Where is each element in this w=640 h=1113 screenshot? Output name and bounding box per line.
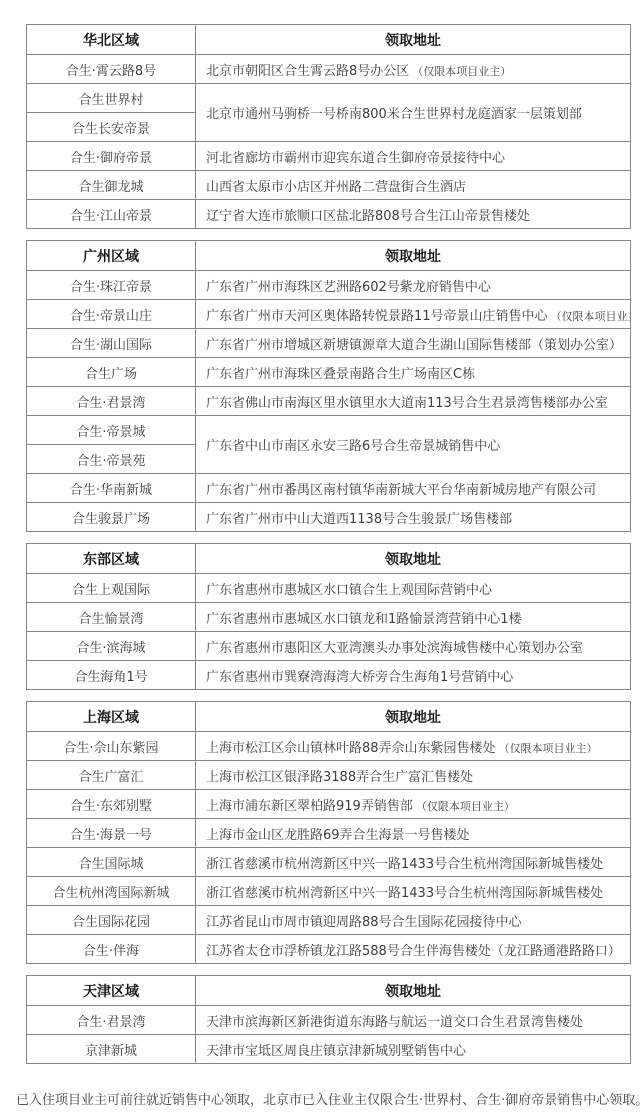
address-text: 天津市宝坻区周良庄镇京津新城别墅销售中心: [206, 1044, 466, 1059]
address-cell: 北京市通州马驹桥一号桥南800米合生世界村龙庭酒家一层策划部: [196, 84, 631, 142]
table-row: 合生国际花园江苏省昆山市周市镇迎周路88号合生国际花园接待中心: [27, 906, 631, 935]
address-cell: 上海市浦东新区翠柏路919弄销售部（仅限本项目业主）: [196, 790, 631, 819]
region-tables: 华北区域领取地址合生·霄云路8号北京市朝阳区合生霄云路8号办公区（仅限本项目业主…: [26, 24, 640, 1064]
address-text: 天津市滨海新区新港街道东海路与航运一道交口合生君景湾售楼处: [206, 1015, 583, 1030]
address-text: 广东省广州市海珠区叠景南路合生广场南区C栋: [206, 367, 475, 382]
table-row: 合生骏景广场广东省广州市中山大道西1138号合生骏景广场售楼部: [27, 503, 631, 532]
project-name-cell: 合生·东郊别墅: [27, 790, 196, 819]
address-header-cell: 领取地址: [196, 976, 631, 1006]
header-row: 天津区域领取地址: [27, 976, 631, 1006]
project-name-cell: 合生·帝景苑: [27, 445, 196, 474]
region-header-cell: 华北区域: [27, 25, 196, 55]
address-text: 北京市朝阳区合生霄云路8号办公区: [206, 64, 409, 79]
table-row: 合生·伴海江苏省太仓市浮桥镇龙江路588号合生伴海售楼处（龙江路通港路路口）: [27, 935, 631, 964]
table-row: 合生御龙城山西省太原市小店区并州路二营盘街合生酒店: [27, 171, 631, 200]
address-note: （仅限本项目业主）: [412, 65, 511, 78]
table-row: 合生·湖山国际广东省广州市增城区新塘镇源章大道合生湖山国际售楼部（策划办公室）: [27, 329, 631, 358]
address-cell: 天津市宝坻区周良庄镇京津新城别墅销售中心: [196, 1035, 631, 1064]
region-header-cell: 天津区域: [27, 976, 196, 1006]
address-cell: 广东省广州市中山大道西1138号合生骏景广场售楼部: [196, 503, 631, 532]
address-cell: 广东省广州市海珠区艺洲路602号紫龙府销售中心: [196, 271, 631, 300]
address-text: 广东省广州市中山大道西1138号合生骏景广场售楼部: [206, 512, 512, 527]
table-row: 合生·佘山东紫园上海市松江区佘山镇林叶路88弄佘山东紫园售楼处（仅限本项目业主）: [27, 732, 631, 761]
project-name-cell: 合生广场: [27, 358, 196, 387]
project-name-cell: 合生国际城: [27, 848, 196, 877]
address-cell: 广东省惠州市巽寮湾海湾大桥旁合生海角1号营销中心: [196, 661, 631, 690]
address-header-cell: 领取地址: [196, 702, 631, 732]
table-row: 合生杭州湾国际新城浙江省慈溪市杭州湾新区中兴一路1433号合生杭州湾国际新城售楼…: [27, 877, 631, 906]
address-note: （仅限本项目业主）: [499, 742, 598, 755]
address-cell: 广东省广州市天河区奥体路转悦景路11号帝景山庄销售中心（仅限本项目业主）: [196, 300, 631, 329]
table-row: 合生国际城浙江省慈溪市杭州湾新区中兴一路1433号合生杭州湾国际新城售楼处: [27, 848, 631, 877]
address-header-cell: 领取地址: [196, 25, 631, 55]
address-text: 广东省惠州市惠城区水口镇合生上观国际营销中心: [206, 583, 492, 598]
table-row: 合生·华南新城广东省广州市番禺区南村镇华南新城大平台华南新城房地产有限公司: [27, 474, 631, 503]
project-name-cell: 合生海角1号: [27, 661, 196, 690]
address-cell: 广东省惠州市惠阳区大亚湾澳头办事处滨海城售楼中心策划办公室: [196, 632, 631, 661]
address-text: 河北省廊坊市霸州市迎宾东道合生御府帝景接待中心: [206, 151, 505, 166]
table-row: 合生·帝景城广东省中山市南区永安三路6号合生帝景城销售中心: [27, 416, 631, 445]
table-row: 合生·霄云路8号北京市朝阳区合生霄云路8号办公区（仅限本项目业主）: [27, 55, 631, 84]
project-name-cell: 合生·君景湾: [27, 1006, 196, 1035]
region-table: 天津区域领取地址合生·君景湾天津市滨海新区新港街道东海路与航运一道交口合生君景湾…: [26, 975, 631, 1064]
address-cell: 山西省太原市小店区并州路二营盘街合生酒店: [196, 171, 631, 200]
address-note: （仅限本项目业主）: [416, 800, 515, 813]
address-text: 广东省广州市海珠区艺洲路602号紫龙府销售中心: [206, 280, 491, 295]
address-cell: 上海市松江区银泽路3188弄合生广富汇售楼处: [196, 761, 631, 790]
project-name-cell: 合生愉景湾: [27, 603, 196, 632]
address-cell: 江苏省昆山市周市镇迎周路88号合生国际花园接待中心: [196, 906, 631, 935]
table-row: 合生世界村北京市通州马驹桥一号桥南800米合生世界村龙庭酒家一层策划部: [27, 84, 631, 113]
address-header-cell: 领取地址: [196, 544, 631, 574]
address-text: 广东省广州市番禺区南村镇华南新城大平台华南新城房地产有限公司: [206, 483, 596, 498]
table-row: 合生上观国际广东省惠州市惠城区水口镇合生上观国际营销中心: [27, 574, 631, 603]
project-name-cell: 合生御龙城: [27, 171, 196, 200]
table-row: 京津新城天津市宝坻区周良庄镇京津新城别墅销售中心: [27, 1035, 631, 1064]
table-row: 合生·东郊别墅上海市浦东新区翠柏路919弄销售部（仅限本项目业主）: [27, 790, 631, 819]
table-row: 合生·滨海城广东省惠州市惠阳区大亚湾澳头办事处滨海城售楼中心策划办公室: [27, 632, 631, 661]
table-row: 合生广富汇上海市松江区银泽路3188弄合生广富汇售楼处: [27, 761, 631, 790]
table-row: 合生·珠江帝景广东省广州市海珠区艺洲路602号紫龙府销售中心: [27, 271, 631, 300]
project-name-cell: 合生长安帝景: [27, 113, 196, 142]
project-name-cell: 合生·滨海城: [27, 632, 196, 661]
region-table: 东部区域领取地址合生上观国际广东省惠州市惠城区水口镇合生上观国际营销中心合生愉景…: [26, 543, 631, 690]
project-name-cell: 合生·霄云路8号: [27, 55, 196, 84]
address-text: 上海市浦东新区翠柏路919弄销售部: [206, 799, 413, 814]
address-cell: 浙江省慈溪市杭州湾新区中兴一路1433号合生杭州湾国际新城售楼处: [196, 877, 631, 906]
project-name-cell: 合生上观国际: [27, 574, 196, 603]
address-cell: 广东省广州市番禺区南村镇华南新城大平台华南新城房地产有限公司: [196, 474, 631, 503]
table-row: 合生·帝景山庄广东省广州市天河区奥体路转悦景路11号帝景山庄销售中心（仅限本项目…: [27, 300, 631, 329]
region-table: 华北区域领取地址合生·霄云路8号北京市朝阳区合生霄云路8号办公区（仅限本项目业主…: [26, 24, 631, 229]
header-row: 上海区域领取地址: [27, 702, 631, 732]
address-cell: 上海市金山区龙胜路69弄合生海景一号售楼处: [196, 819, 631, 848]
project-name-cell: 合生·湖山国际: [27, 329, 196, 358]
address-cell: 天津市滨海新区新港街道东海路与航运一道交口合生君景湾售楼处: [196, 1006, 631, 1035]
project-name-cell: 合生骏景广场: [27, 503, 196, 532]
address-text: 山西省太原市小店区并州路二营盘街合生酒店: [206, 180, 466, 195]
address-text: 江苏省昆山市周市镇迎周路88号合生国际花园接待中心: [206, 915, 522, 930]
project-name-cell: 合生广富汇: [27, 761, 196, 790]
project-name-cell: 合生世界村: [27, 84, 196, 113]
address-text: 广东省中山市南区永安三路6号合生帝景城销售中心: [206, 439, 500, 454]
address-cell: 广东省中山市南区永安三路6号合生帝景城销售中心: [196, 416, 631, 474]
address-cell: 河北省廊坊市霸州市迎宾东道合生御府帝景接待中心: [196, 142, 631, 171]
region-table: 上海区域领取地址合生·佘山东紫园上海市松江区佘山镇林叶路88弄佘山东紫园售楼处（…: [26, 701, 631, 964]
address-text: 上海市松江区佘山镇林叶路88弄佘山东紫园售楼处: [206, 741, 496, 756]
region-header-cell: 广州区域: [27, 241, 196, 271]
table-row: 合生·君景湾广东省佛山市南海区里水镇里水大道南113号合生君景湾售楼部办公室: [27, 387, 631, 416]
table-row: 合生·君景湾天津市滨海新区新港街道东海路与航运一道交口合生君景湾售楼处: [27, 1006, 631, 1035]
address-cell: 上海市松江区佘山镇林叶路88弄佘山东紫园售楼处（仅限本项目业主）: [196, 732, 631, 761]
region-table: 广州区域领取地址合生·珠江帝景广东省广州市海珠区艺洲路602号紫龙府销售中心合生…: [26, 240, 631, 532]
project-name-cell: 合生·佘山东紫园: [27, 732, 196, 761]
header-row: 华北区域领取地址: [27, 25, 631, 55]
address-cell: 江苏省太仓市浮桥镇龙江路588号合生伴海售楼处（龙江路通港路路口）: [196, 935, 631, 964]
address-cell: 辽宁省大连市旅顺口区盐北路808号合生江山帝景售楼处: [196, 200, 631, 229]
address-text: 广东省惠州市惠阳区大亚湾澳头办事处滨海城售楼中心策划办公室: [206, 641, 583, 656]
table-row: 合生海角1号广东省惠州市巽寮湾海湾大桥旁合生海角1号营销中心: [27, 661, 631, 690]
region-header-cell: 上海区域: [27, 702, 196, 732]
project-name-cell: 合生·帝景山庄: [27, 300, 196, 329]
region-header-cell: 东部区域: [27, 544, 196, 574]
table-row: 合生·海景一号上海市金山区龙胜路69弄合生海景一号售楼处: [27, 819, 631, 848]
address-text: 浙江省慈溪市杭州湾新区中兴一路1433号合生杭州湾国际新城售楼处: [206, 886, 603, 901]
address-text: 上海市松江区银泽路3188弄合生广富汇售楼处: [206, 770, 473, 785]
table-row: 合生广场广东省广州市海珠区叠景南路合生广场南区C栋: [27, 358, 631, 387]
address-text: 江苏省太仓市浮桥镇龙江路588号合生伴海售楼处（龙江路通港路路口）: [206, 944, 621, 959]
project-name-cell: 合生·江山帝景: [27, 200, 196, 229]
project-name-cell: 合生杭州湾国际新城: [27, 877, 196, 906]
table-row: 合生愉景湾广东省惠州市惠城区水口镇龙和1路愉景湾营销中心1楼: [27, 603, 631, 632]
header-row: 广州区域领取地址: [27, 241, 631, 271]
project-name-cell: 合生国际花园: [27, 906, 196, 935]
project-name-cell: 合生·帝景城: [27, 416, 196, 445]
address-cell: 广东省广州市海珠区叠景南路合生广场南区C栋: [196, 358, 631, 387]
address-header-cell: 领取地址: [196, 241, 631, 271]
address-cell: 广东省广州市增城区新塘镇源章大道合生湖山国际售楼部（策划办公室）: [196, 329, 631, 358]
address-note: （仅限本项目业主）: [551, 310, 631, 323]
address-cell: 广东省惠州市惠城区水口镇龙和1路愉景湾营销中心1楼: [196, 603, 631, 632]
footer-note: 已入住项目业主可前往就近销售中心领取，北京市已入住业主仅限合生·世界村、合生·御…: [8, 1075, 640, 1108]
address-text: 广东省广州市天河区奥体路转悦景路11号帝景山庄销售中心: [206, 309, 548, 324]
header-row: 东部区域领取地址: [27, 544, 631, 574]
project-name-cell: 合生·海景一号: [27, 819, 196, 848]
address-text: 广东省广州市增城区新塘镇源章大道合生湖山国际售楼部（策划办公室）: [206, 338, 622, 353]
project-name-cell: 合生·御府帝景: [27, 142, 196, 171]
project-name-cell: 合生·华南新城: [27, 474, 196, 503]
address-cell: 广东省佛山市南海区里水镇里水大道南113号合生君景湾售楼部办公室: [196, 387, 631, 416]
table-row: 合生·江山帝景辽宁省大连市旅顺口区盐北路808号合生江山帝景售楼处: [27, 200, 631, 229]
address-text: 上海市金山区龙胜路69弄合生海景一号售楼处: [206, 828, 470, 843]
project-name-cell: 合生·君景湾: [27, 387, 196, 416]
project-name-cell: 合生·伴海: [27, 935, 196, 964]
address-cell: 北京市朝阳区合生霄云路8号办公区（仅限本项目业主）: [196, 55, 631, 84]
address-text: 浙江省慈溪市杭州湾新区中兴一路1433号合生杭州湾国际新城售楼处: [206, 857, 603, 872]
project-name-cell: 合生·珠江帝景: [27, 271, 196, 300]
address-text: 辽宁省大连市旅顺口区盐北路808号合生江山帝景售楼处: [206, 209, 530, 224]
address-cell: 浙江省慈溪市杭州湾新区中兴一路1433号合生杭州湾国际新城售楼处: [196, 848, 631, 877]
address-text: 广东省佛山市南海区里水镇里水大道南113号合生君景湾售楼部办公室: [206, 396, 608, 411]
address-text: 广东省惠州市巽寮湾海湾大桥旁合生海角1号营销中心: [206, 670, 513, 685]
address-text: 北京市通州马驹桥一号桥南800米合生世界村龙庭酒家一层策划部: [206, 107, 582, 122]
address-text: 广东省惠州市惠城区水口镇龙和1路愉景湾营销中心1楼: [206, 612, 522, 627]
address-cell: 广东省惠州市惠城区水口镇合生上观国际营销中心: [196, 574, 631, 603]
project-name-cell: 京津新城: [27, 1035, 196, 1064]
table-row: 合生·御府帝景河北省廊坊市霸州市迎宾东道合生御府帝景接待中心: [27, 142, 631, 171]
pickup-address-document: 华北区域领取地址合生·霄云路8号北京市朝阳区合生霄云路8号办公区（仅限本项目业主…: [0, 0, 640, 1108]
